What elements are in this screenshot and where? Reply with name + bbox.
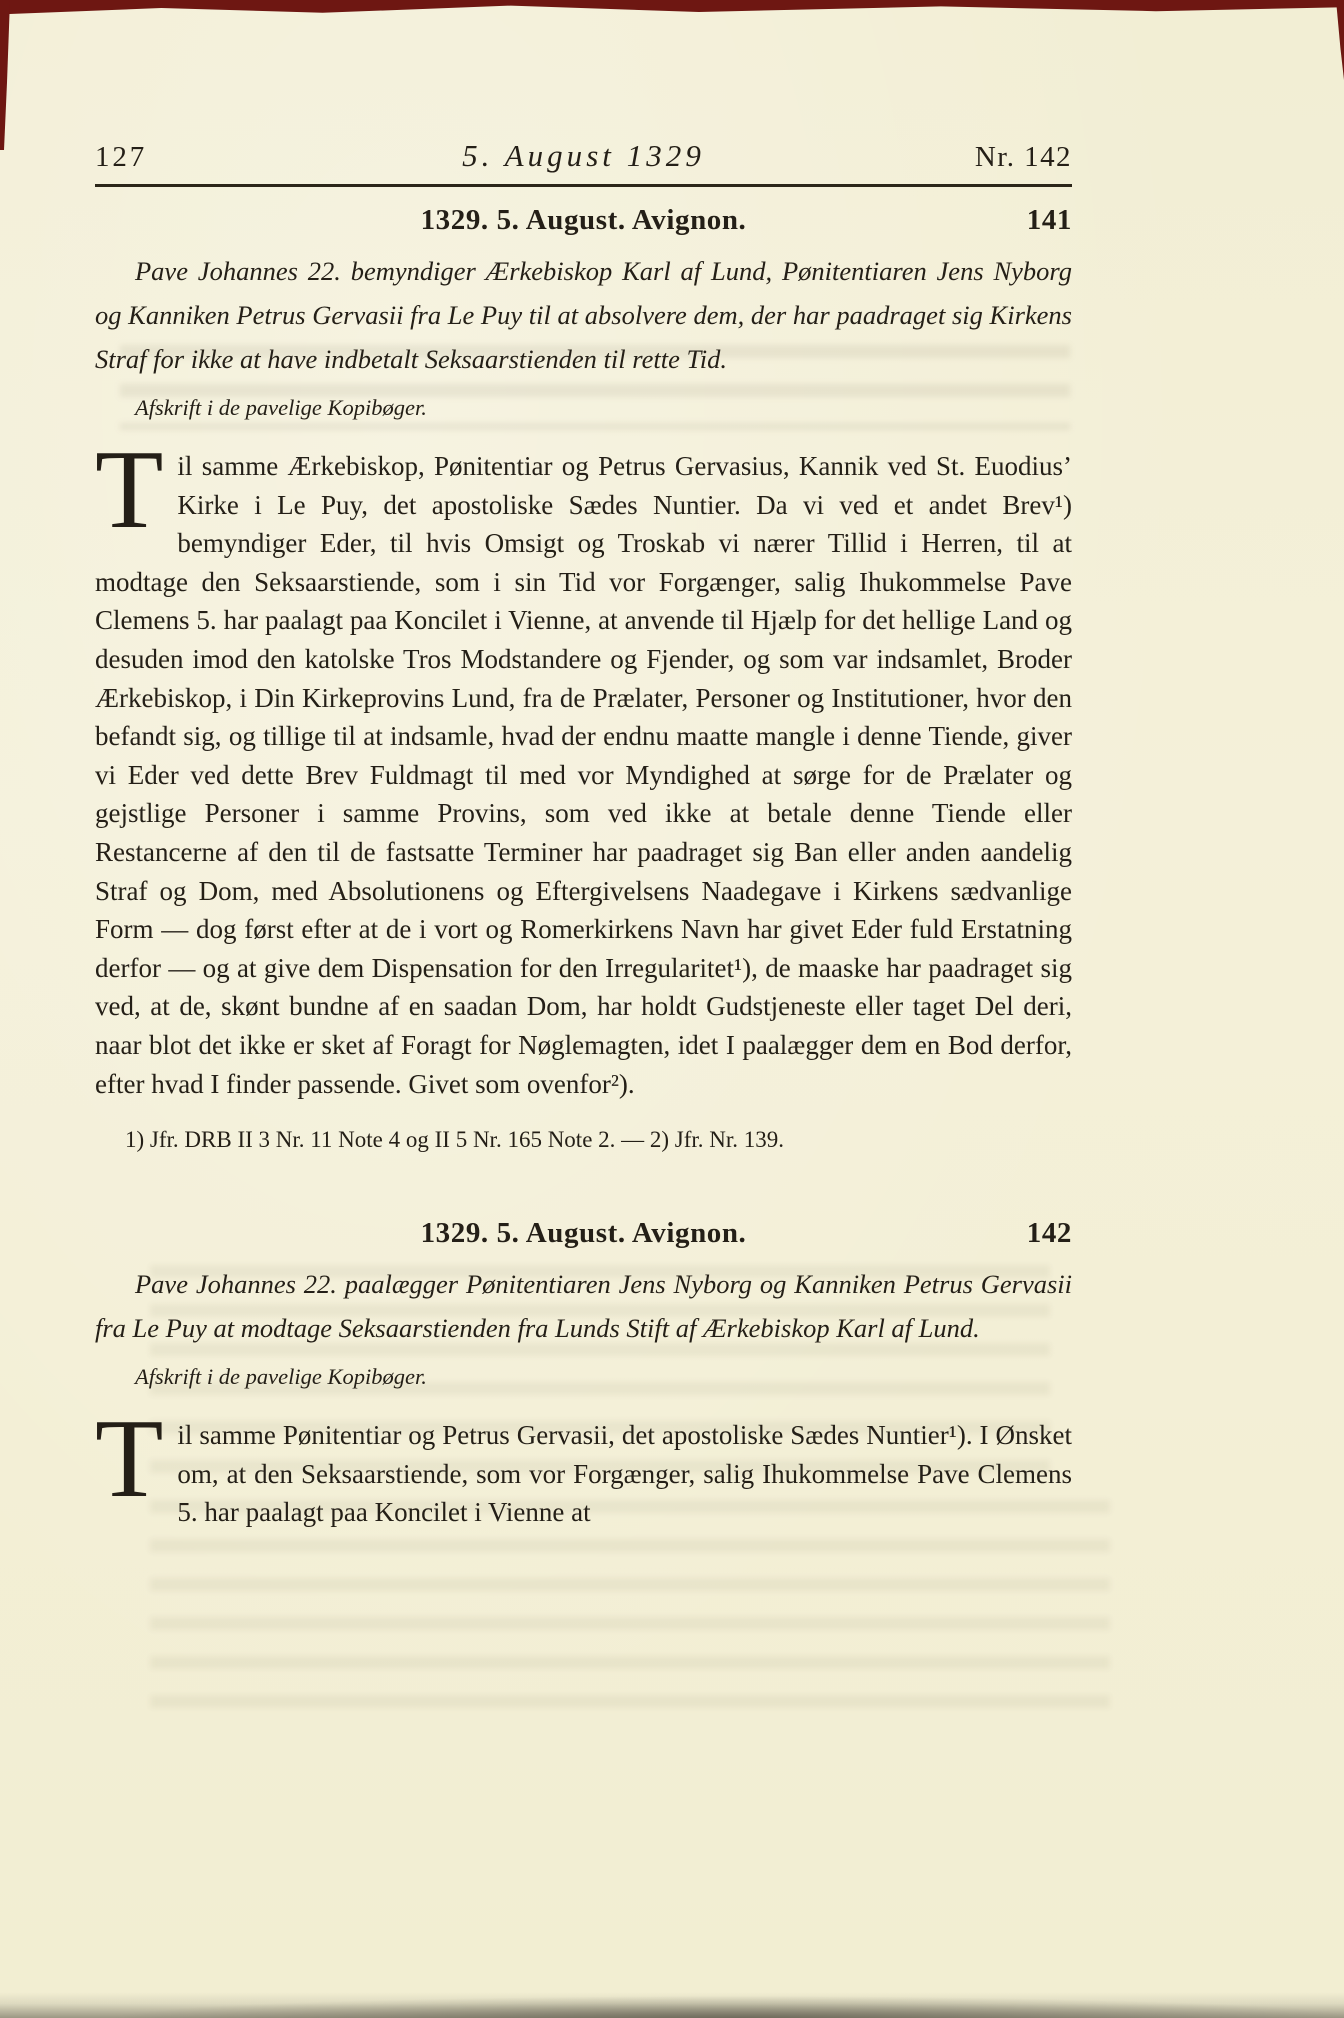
scan-edge-top (0, 0, 1344, 16)
number-reference: Nr. 142 (932, 141, 1072, 174)
entry-141-footnote: 1) Jfr. DRB II 3 Nr. 11 Note 4 og II 5 N… (95, 1125, 1072, 1155)
entry-141-heading-row: 1329. 5. August. Avignon. 141 (95, 204, 1072, 237)
running-header: 127 5. August 1329 Nr. 142 (95, 138, 1072, 174)
entry-141-body-text: il samme Ærkebiskop, Pønitentiar og Petr… (95, 451, 1072, 1099)
entry-141-dropcap: T (95, 447, 177, 529)
entry-142-source-note: Afskrift i de pavelige Kopibøger. (95, 1364, 1072, 1390)
scanned-book-page: 127 5. August 1329 Nr. 142 1329. 5. Augu… (0, 0, 1344, 2018)
scan-edge-bottom (0, 1992, 1344, 2018)
entry-142-body-text: il samme Pønitentiar og Petrus Gervasii,… (177, 1420, 1072, 1527)
text-block: 127 5. August 1329 Nr. 142 1329. 5. Augu… (95, 138, 1072, 1532)
entry-142-number: 142 (1027, 1217, 1072, 1250)
entry-141-source-note: Afskrift i de pavelige Kopibøger. (95, 395, 1072, 421)
scan-edge-right (1336, 0, 1344, 80)
entry-141-number: 141 (1027, 204, 1072, 237)
entry-141-heading: 1329. 5. August. Avignon. (421, 204, 747, 236)
header-rule (95, 184, 1072, 187)
running-title: 5. August 1329 (235, 138, 932, 174)
entry-142-summary: Pave Johannes 22. paalægger Pønitentiare… (95, 1262, 1072, 1350)
entry-142-heading-row: 1329. 5. August. Avignon. 142 (95, 1217, 1072, 1250)
entry-142-dropcap: T (95, 1416, 177, 1498)
entry-142-heading: 1329. 5. August. Avignon. (421, 1217, 747, 1249)
entry-141-body: Til samme Ærkebiskop, Pønitentiar og Pet… (95, 447, 1072, 1103)
scan-edge-left (0, 0, 10, 150)
entry-141-summary: Pave Johannes 22. bemyndiger Ærkebiskop … (95, 249, 1072, 381)
entry-142-body: Til samme Pønitentiar og Petrus Gervasii… (95, 1416, 1072, 1532)
page-number: 127 (95, 141, 235, 174)
